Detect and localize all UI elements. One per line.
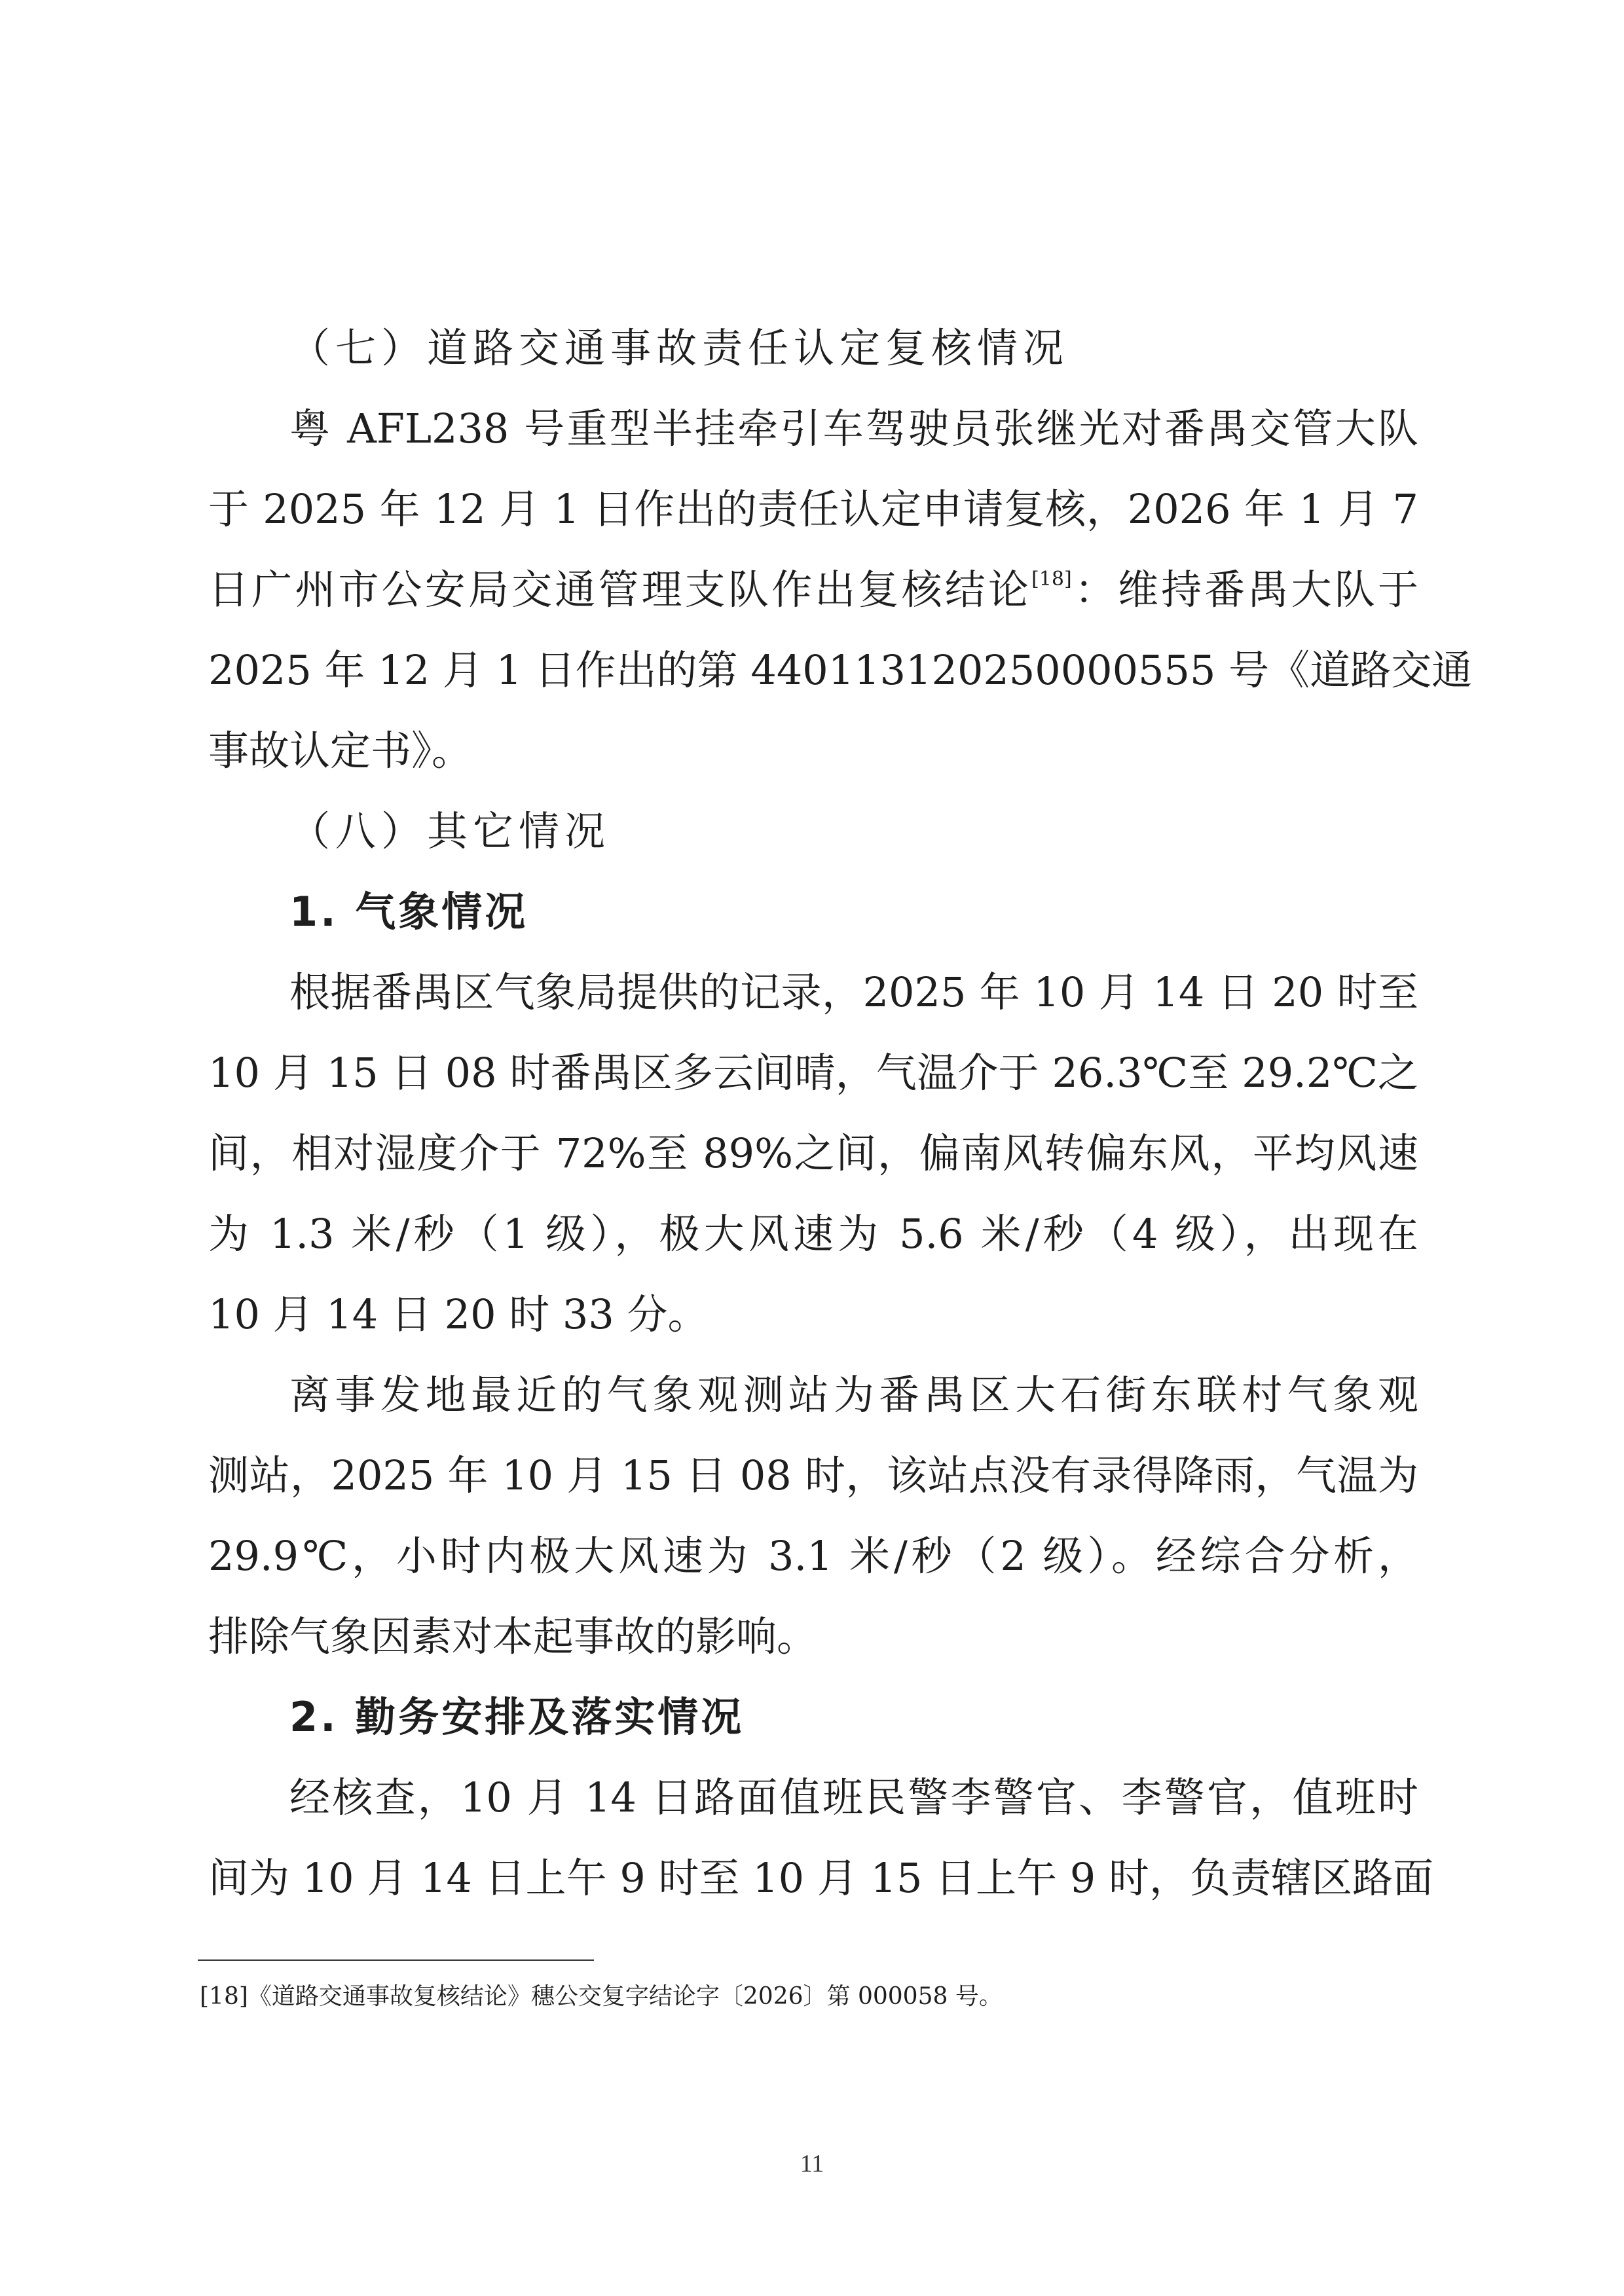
paragraph-line: 于 2025 年 12 月 1 日作出的责任认定申请复核，2026 年 1 月 … (208, 469, 1418, 549)
page-number: 11 (786, 2149, 838, 2178)
paragraph-line: 排除气象因素对本起事故的影响。 (208, 1596, 1418, 1677)
document-page: （七）道路交通事故责任认定复核情况 粤 AFL238 号重型半挂牵引车驾驶员张继… (208, 308, 1418, 1918)
paragraph-line: 离事发地最近的气象观测站为番禺区大石街东联村气象观 (208, 1355, 1418, 1435)
paragraph-line: 间，相对湿度介于 72%至 89%之间，偏南风转偏东风，平均风速 (208, 1113, 1418, 1194)
paragraph-line: 日广州市公安局交通管理支队作出复核结论[18]：维持番禺大队于 (208, 549, 1418, 630)
paragraph-line: 29.9℃，小时内极大风速为 3.1 米/秒（2 级）。经综合分析， (208, 1516, 1418, 1596)
paragraph-line: 粤 AFL238 号重型半挂牵引车驾驶员张继光对番禺交管大队 (208, 388, 1418, 469)
paragraph-line: 为 1.3 米/秒（1 级），极大风速为 5.6 米/秒（4 级），出现在 (208, 1194, 1418, 1274)
paragraph-line: 10 月 15 日 08 时番禺区多云间晴，气温介于 26.3℃至 29.2℃之 (208, 1032, 1418, 1113)
text-span: 日广州市公安局交通管理支队作出复核结论 (208, 566, 1031, 613)
footnote-divider (198, 1959, 594, 1961)
paragraph-line: 根据番禺区气象局提供的记录，2025 年 10 月 14 日 20 时至 (208, 952, 1418, 1032)
section-heading-8: （八）其它情况 (208, 791, 1418, 871)
footnote-18: [18]《道路交通事故复核结论》穗公交复字结论字〔2026〕第 000058 号… (200, 1980, 1003, 2013)
paragraph-line: 经核查，10 月 14 日路面值班民警李警官、李警官，值班时 (208, 1757, 1418, 1838)
paragraph-line: 2025 年 12 月 1 日作出的第 440113120250000555 号… (208, 630, 1418, 710)
paragraph-line: 10 月 14 日 20 时 33 分。 (208, 1274, 1418, 1355)
subsection-heading-duty: 2. 勤务安排及落实情况 (208, 1677, 1418, 1757)
subsection-heading-weather: 1. 气象情况 (208, 871, 1418, 952)
paragraph-line: 间为 10 月 14 日上午 9 时至 10 月 15 日上午 9 时，负责辖区… (208, 1838, 1418, 1918)
section-heading-7: （七）道路交通事故责任认定复核情况 (208, 308, 1418, 388)
paragraph-line: 测站，2025 年 10 月 15 日 08 时，该站点没有录得降雨，气温为 (208, 1435, 1418, 1516)
footnote-reference-link[interactable]: [18] (1031, 568, 1072, 591)
text-span: ：维持番禺大队于 (1072, 566, 1418, 613)
paragraph-line: 事故认定书》。 (208, 710, 1418, 791)
